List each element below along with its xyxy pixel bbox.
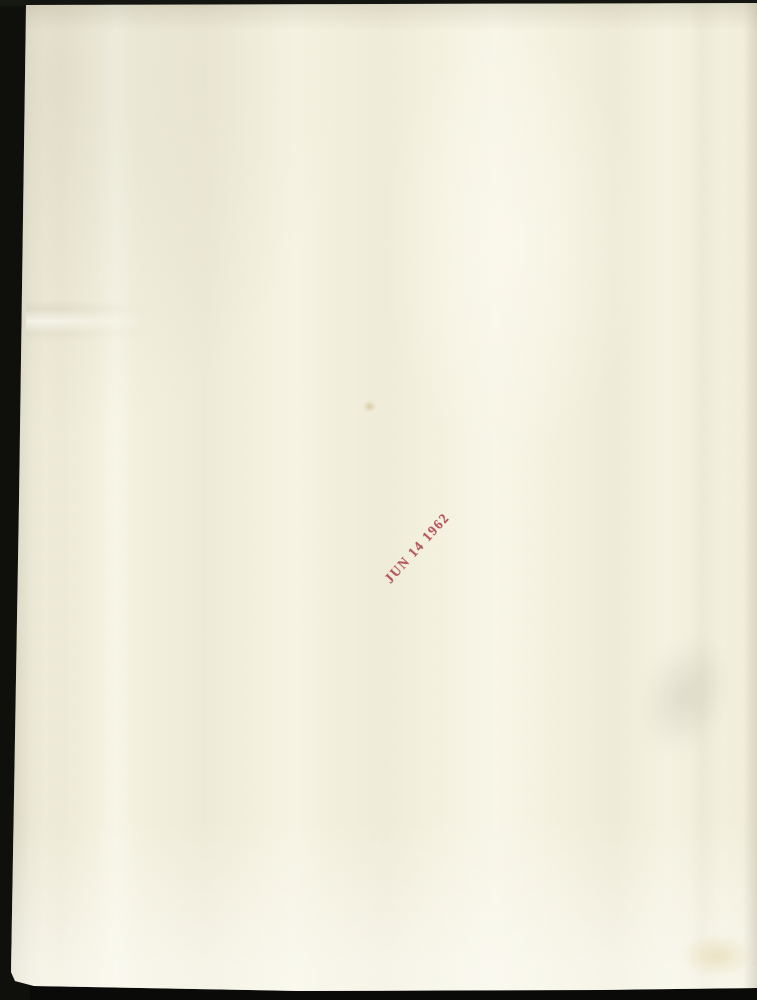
paper-grain-texture [0, 0, 757, 1000]
paper-right-edge-shading [743, 0, 757, 1000]
paper-highlight-bottom [0, 816, 757, 991]
scanned-page: JUN 14 1962 [0, 0, 757, 1000]
paper-smudge [616, 615, 755, 776]
paper-left-edge-shading [8, 0, 44, 1000]
paper-speck [363, 401, 376, 412]
paper-top-edge-shading [24, 3, 757, 31]
paper-highlight-top [375, 25, 645, 465]
paper-crease [26, 300, 156, 342]
paper-stain [678, 933, 756, 979]
date-stamp: JUN 14 1962 [382, 511, 454, 588]
paper-streak-texture [0, 0, 757, 1000]
scanner-bed: JUN 14 1962 [0, 0, 757, 1000]
paper-topleft-shading [20, 0, 330, 430]
